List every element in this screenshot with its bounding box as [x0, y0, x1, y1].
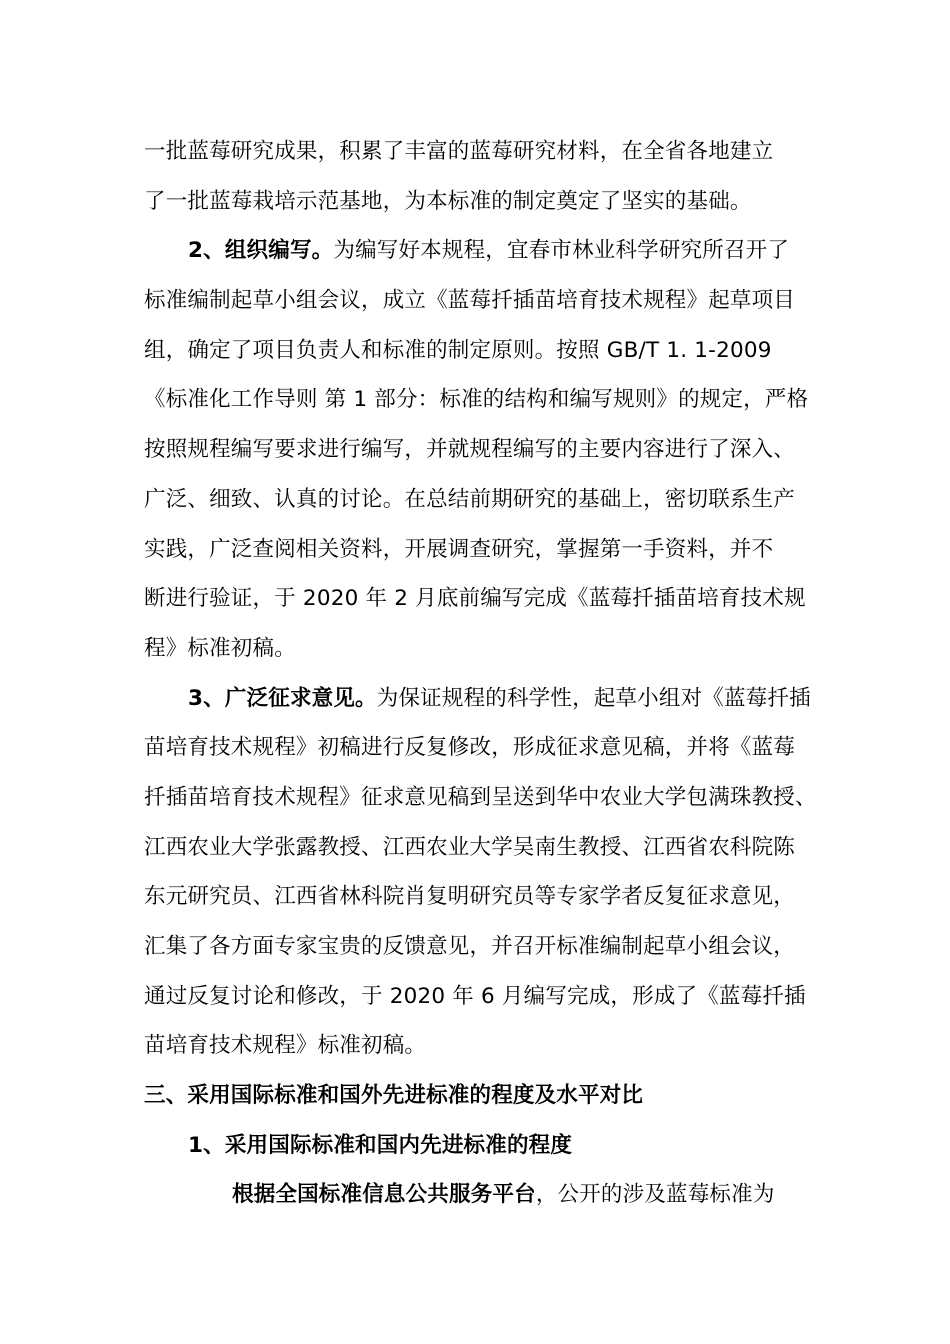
paragraph-line: 扦插苗培育技术规程》征求意见稿到呈送到华中农业大学包满珠教授、 — [144, 777, 810, 827]
paragraph-line: 一批蓝莓研究成果，积累了丰富的蓝莓研究材料，在全省各地建立 — [144, 131, 810, 181]
paragraph-line: 标准编制起草小组会议，成立《蓝莓扦插苗培育技术规程》起草项目 — [144, 280, 810, 330]
paragraph-line: 通过反复讨论和修改，于 2020 年 6 月编写完成，形成了《蓝莓扦插 — [144, 976, 810, 1026]
paragraph-line: 程》标准初稿。 — [144, 628, 810, 678]
paragraph-line: 根据全国标准信息公共服务平台，公开的涉及蓝莓标准为 — [144, 1174, 810, 1224]
section-3-heading-line: 3、广泛征求意见。为保证规程的科学性，起草小组对《蓝莓扦插 — [144, 678, 810, 728]
paragraph-line: 东元研究员、江西省林科院肖复明研究员等专家学者反复征求意见， — [144, 876, 810, 926]
line-text: 一批蓝莓研究成果，积累了丰富的蓝莓研究材料，在全省各地建立 — [144, 139, 773, 164]
paragraph-line: 江西农业大学张露教授、江西农业大学吴南生教授、江西省农科院陈 — [144, 827, 810, 877]
paragraph-line: 了一批蓝莓栽培示范基地，为本标准的制定奠定了坚实的基础。 — [144, 181, 810, 231]
paragraph-line: 广泛、细致、认真的讨论。在总结前期研究的基础上，密切联系生产 — [144, 479, 810, 529]
subsection-1-heading: 1、采用国际标准和国内先进标准的程度 — [188, 1133, 572, 1158]
line-text: 标准编制起草小组会议，成立《蓝莓扦插苗培育技术规程》起草项目 — [144, 288, 795, 313]
paragraph-line: 组，确定了项目负责人和标准的制定原则。按照 GB/T 1. 1-2009 — [144, 330, 810, 380]
line-text: 程》标准初稿。 — [144, 636, 296, 661]
paragraph-line: 苗培育技术规程》初稿进行反复修改，形成征求意见稿，并将《蓝莓 — [144, 727, 810, 777]
line-text: 苗培育技术规程》初稿进行反复修改，形成征求意见稿，并将《蓝莓 — [144, 735, 795, 760]
line-text: 江西农业大学张露教授、江西农业大学吴南生教授、江西省农科院陈 — [144, 835, 795, 860]
line-text: 扦插苗培育技术规程》征求意见稿到呈送到华中农业大学包满珠教授、 — [144, 785, 817, 810]
line-text: ，公开的涉及蓝莓标准为 — [536, 1182, 775, 1207]
paragraph-line: 实践，广泛查阅相关资料，开展调查研究，掌握第一手资料，并不 — [144, 529, 810, 579]
platform-name: 根据全国标准信息公共服务平台 — [232, 1182, 536, 1207]
line-text: 按照规程编写要求进行编写，并就规程编写的主要内容进行了深入、 — [144, 437, 795, 462]
line-text: 断进行验证，于 2020 年 2 月底前编写完成《蓝莓扦插苗培育技术规 — [144, 586, 806, 611]
line-text: 为保证规程的科学性，起草小组对《蓝莓扦插 — [377, 686, 811, 711]
line-text: 通过反复讨论和修改，于 2020 年 6 月编写完成，形成了《蓝莓扦插 — [144, 984, 806, 1009]
document-page: 一批蓝莓研究成果，积累了丰富的蓝莓研究材料，在全省各地建立 了一批蓝莓栽培示范基… — [144, 131, 810, 1224]
section-2-heading: 2、组织编写。 — [188, 238, 333, 263]
paragraph-line: 苗培育技术规程》标准初稿。 — [144, 1025, 810, 1075]
paragraph-line: 断进行验证，于 2020 年 2 月底前编写完成《蓝莓扦插苗培育技术规 — [144, 578, 810, 628]
line-text: 《标准化工作导则 第 1 部分：标准的结构和编写规则》的规定，严格 — [144, 387, 808, 412]
line-text: 组，确定了项目负责人和标准的制定原则。按照 GB/T 1. 1-2009 — [144, 338, 772, 363]
chapter-3-heading-line: 三、采用国际标准和国外先进标准的程度及水平对比 — [144, 1075, 810, 1125]
line-text: 实践，广泛查阅相关资料，开展调查研究，掌握第一手资料，并不 — [144, 537, 773, 562]
line-text: 苗培育技术规程》标准初稿。 — [144, 1033, 426, 1058]
line-text: 了一批蓝莓栽培示范基地，为本标准的制定奠定了坚实的基础。 — [144, 189, 752, 214]
section-2-heading-line: 2、组织编写。为编写好本规程，宜春市林业科学研究所召开了 — [144, 230, 810, 280]
subsection-1-heading-line: 1、采用国际标准和国内先进标准的程度 — [144, 1125, 810, 1175]
chapter-3-heading: 三、采用国际标准和国外先进标准的程度及水平对比 — [144, 1083, 643, 1108]
paragraph-line: 汇集了各方面专家宝贵的反馈意见，并召开标准编制起草小组会议， — [144, 926, 810, 976]
line-text: 为编写好本规程，宜春市林业科学研究所召开了 — [333, 238, 789, 263]
line-text: 东元研究员、江西省林科院肖复明研究员等专家学者反复征求意见， — [144, 884, 795, 909]
section-3-heading: 3、广泛征求意见。 — [188, 686, 377, 711]
line-text: 汇集了各方面专家宝贵的反馈意见，并召开标准编制起草小组会议， — [144, 934, 795, 959]
line-text: 广泛、细致、认真的讨论。在总结前期研究的基础上，密切联系生产 — [144, 487, 795, 512]
paragraph-line: 《标准化工作导则 第 1 部分：标准的结构和编写规则》的规定，严格 — [144, 379, 810, 429]
paragraph-line: 按照规程编写要求进行编写，并就规程编写的主要内容进行了深入、 — [144, 429, 810, 479]
